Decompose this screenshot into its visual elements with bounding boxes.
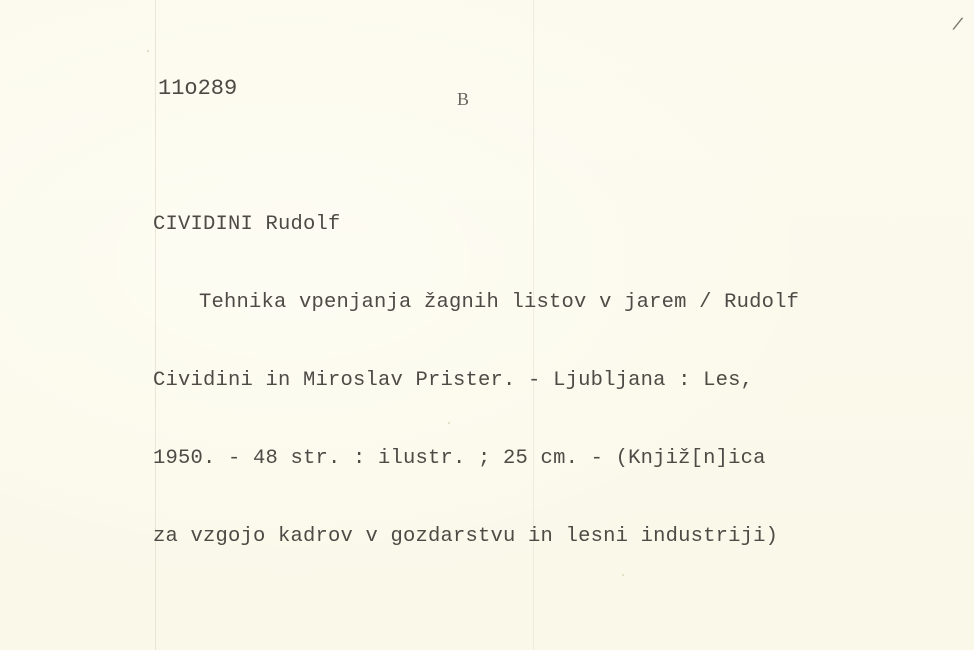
- description-line: Cividini in Miroslav Prister. - Ljubljan…: [153, 368, 799, 394]
- description-line: 1950. - 48 str. : ilustr. ; 25 cm. - (Kn…: [153, 446, 799, 472]
- check-mark: /: [950, 15, 964, 37]
- catalog-card: / 11o289 B CIVIDINI Rudolf Tehnika vpenj…: [0, 0, 974, 650]
- bibliographic-entry: CIVIDINI Rudolf Tehnika vpenjanja žagnih…: [153, 160, 799, 602]
- description-line: za vzgojo kadrov v gozdarstvu in lesni i…: [153, 524, 799, 550]
- call-number: 11o289: [158, 76, 237, 101]
- description-line: Tehnika vpenjanja žagnih listov v jarem …: [153, 290, 799, 316]
- location-code: B: [457, 89, 469, 110]
- paper-speck: [147, 50, 149, 52]
- author-heading: CIVIDINI Rudolf: [153, 212, 799, 238]
